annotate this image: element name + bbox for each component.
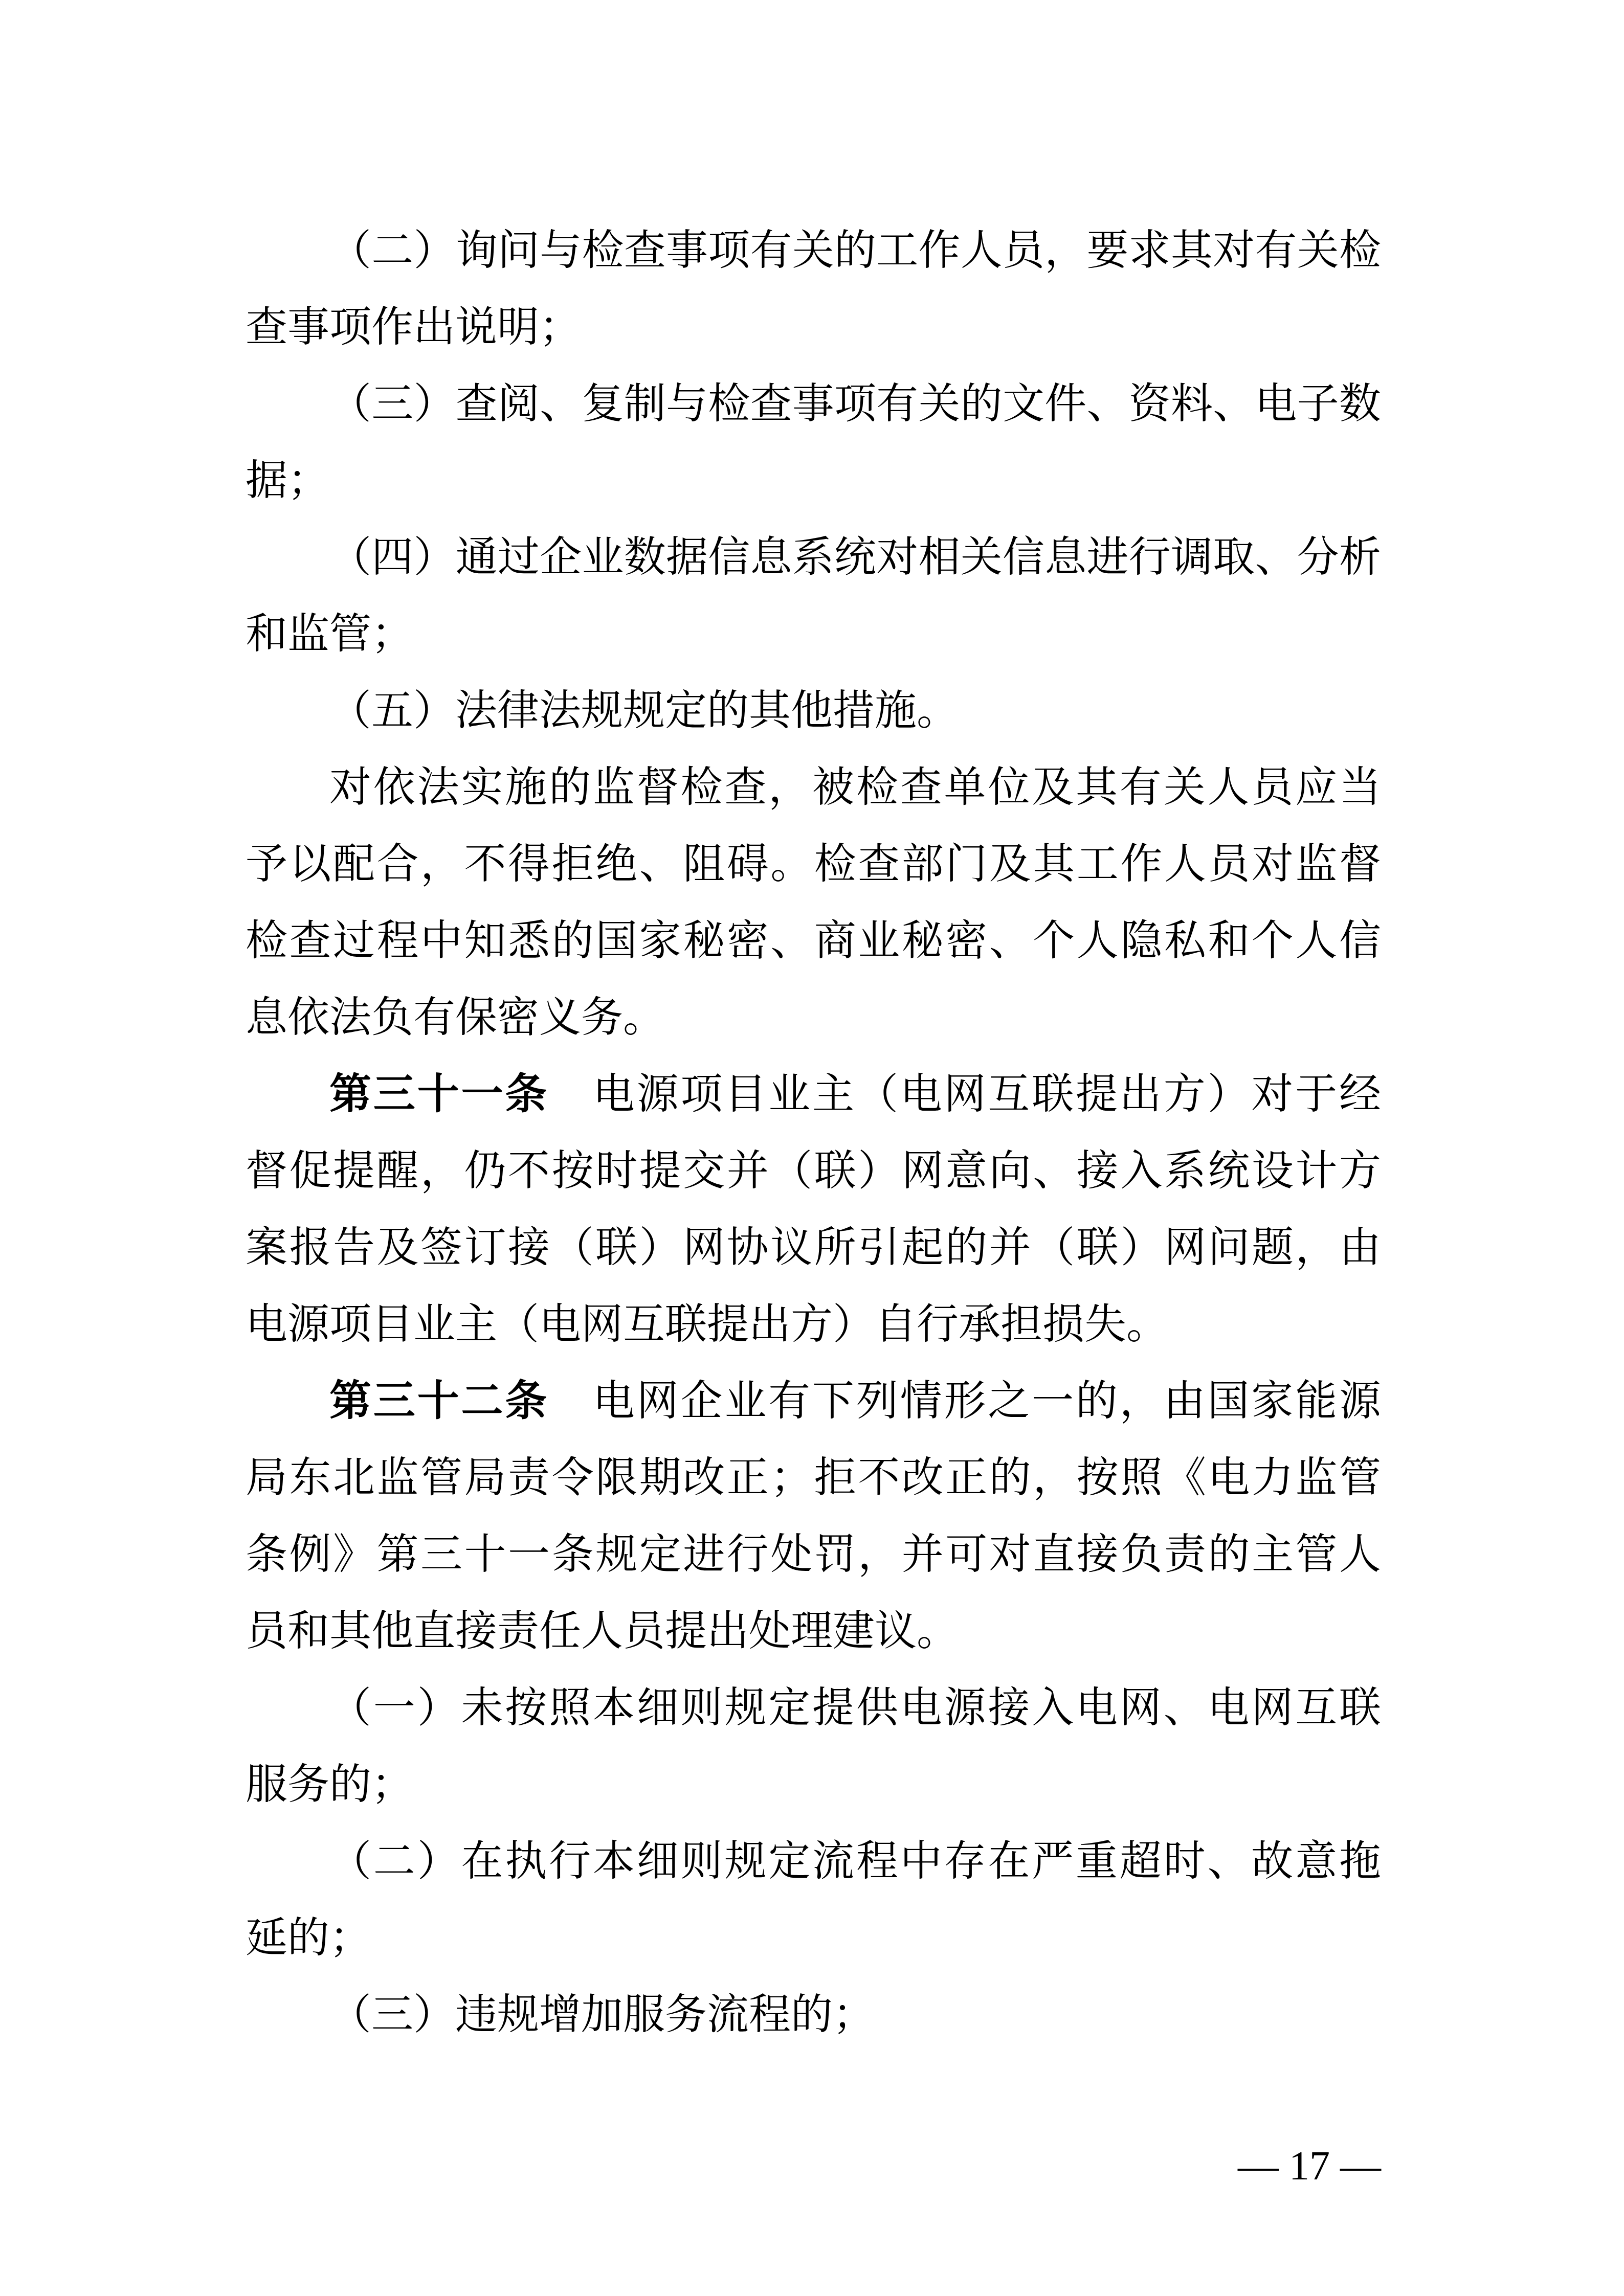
line-text: 查事项作出说明； bbox=[246, 304, 581, 350]
text-line: 局东北监管局责令限期改正；拒不改正的，按照《电力监管 bbox=[246, 1439, 1381, 1516]
line-text: 案报告及签订接（联）网协议所引起的并（联）网问题，由 bbox=[246, 1224, 1381, 1271]
page-number: — 17 — bbox=[1238, 2128, 1381, 2204]
line-text: （五）法律法规规定的其他措施。 bbox=[329, 687, 959, 734]
line-text: 电源项目业主（电网互联提出方）自行承担损失。 bbox=[246, 1301, 1168, 1347]
line-text: 对依法实施的监督检查，被检查单位及其有关人员应当 bbox=[329, 764, 1381, 811]
line-text: 服务的； bbox=[246, 1761, 413, 1808]
line-text: 延的； bbox=[246, 1915, 371, 1961]
text-line: （一）未按照本细则规定提供电源接入电网、电网互联 bbox=[246, 1670, 1381, 1746]
line-text: 和监管； bbox=[246, 611, 413, 657]
text-line: 延的； bbox=[246, 1900, 1381, 1976]
text-line: （三）查阅、复制与检查事项有关的文件、资料、电子数 bbox=[246, 366, 1381, 442]
text-line: 对依法实施的监督检查，被检查单位及其有关人员应当 bbox=[246, 749, 1381, 826]
line-text: 电源项目业主（电网互联提出方）对于经 bbox=[549, 1071, 1381, 1117]
text-line: 督促提醒，仍不按时提交并（联）网意向、接入系统设计方 bbox=[246, 1133, 1381, 1209]
line-text: 条例》第三十一条规定进行处罚，并可对直接负责的主管人 bbox=[246, 1531, 1381, 1578]
text-line: 息依法负有保密义务。 bbox=[246, 979, 1381, 1056]
line-text: 员和其他直接责任人员提出处理建议。 bbox=[246, 1608, 959, 1654]
line-text: （二）在执行本细则规定流程中存在严重超时、故意拖 bbox=[329, 1838, 1381, 1884]
document-body: （二）询问与检查事项有关的工作人员，要求其对有关检 查事项作出说明； （三）查阅… bbox=[246, 212, 1381, 2053]
line-text: 局东北监管局责令限期改正；拒不改正的，按照《电力监管 bbox=[246, 1454, 1381, 1501]
text-line: （二）在执行本细则规定流程中存在严重超时、故意拖 bbox=[246, 1823, 1381, 1900]
line-text: 检查过程中知悉的国家秘密、商业秘密、个人隐私和个人信 bbox=[246, 917, 1381, 964]
line-text: 电网企业有下列情形之一的，由国家能源 bbox=[549, 1378, 1381, 1424]
text-line: 第三十一条 电源项目业主（电网互联提出方）对于经 bbox=[246, 1056, 1381, 1133]
text-line: 据； bbox=[246, 442, 1381, 519]
line-text: （四）通过企业数据信息系统对相关信息进行调取、分析 bbox=[329, 534, 1381, 580]
line-text: 息依法负有保密义务。 bbox=[246, 994, 665, 1041]
text-line: 第三十二条 电网企业有下列情形之一的，由国家能源 bbox=[246, 1363, 1381, 1439]
line-text: 予以配合，不得拒绝、阻碍。检查部门及其工作人员对监督 bbox=[246, 841, 1381, 887]
text-line: 和监管； bbox=[246, 596, 1381, 672]
line-text: 督促提醒，仍不按时提交并（联）网意向、接入系统设计方 bbox=[246, 1147, 1381, 1194]
line-text: （三）违规增加服务流程的； bbox=[329, 1991, 875, 2038]
line-text: 据； bbox=[246, 457, 329, 504]
article-number-bold: 第三十二条 bbox=[329, 1378, 549, 1424]
line-text: （二）询问与检查事项有关的工作人员，要求其对有关检 bbox=[329, 227, 1381, 274]
text-line: 电源项目业主（电网互联提出方）自行承担损失。 bbox=[246, 1286, 1381, 1363]
text-line: （三）违规增加服务流程的； bbox=[246, 1976, 1381, 2053]
document-page: （二）询问与检查事项有关的工作人员，要求其对有关检 查事项作出说明； （三）查阅… bbox=[0, 0, 1624, 2296]
text-line: 查事项作出说明； bbox=[246, 289, 1381, 366]
text-line: 予以配合，不得拒绝、阻碍。检查部门及其工作人员对监督 bbox=[246, 826, 1381, 903]
text-line: （五）法律法规规定的其他措施。 bbox=[246, 672, 1381, 749]
text-line: 检查过程中知悉的国家秘密、商业秘密、个人隐私和个人信 bbox=[246, 903, 1381, 979]
text-line: （四）通过企业数据信息系统对相关信息进行调取、分析 bbox=[246, 519, 1381, 596]
text-line: 服务的； bbox=[246, 1746, 1381, 1823]
text-line: （二）询问与检查事项有关的工作人员，要求其对有关检 bbox=[246, 212, 1381, 289]
line-text: （三）查阅、复制与检查事项有关的文件、资料、电子数 bbox=[329, 380, 1381, 427]
article-number-bold: 第三十一条 bbox=[329, 1071, 549, 1117]
text-line: 条例》第三十一条规定进行处罚，并可对直接负责的主管人 bbox=[246, 1516, 1381, 1593]
text-line: 员和其他直接责任人员提出处理建议。 bbox=[246, 1593, 1381, 1670]
text-line: 案报告及签订接（联）网协议所引起的并（联）网问题，由 bbox=[246, 1209, 1381, 1286]
line-text: （一）未按照本细则规定提供电源接入电网、电网互联 bbox=[329, 1684, 1381, 1731]
